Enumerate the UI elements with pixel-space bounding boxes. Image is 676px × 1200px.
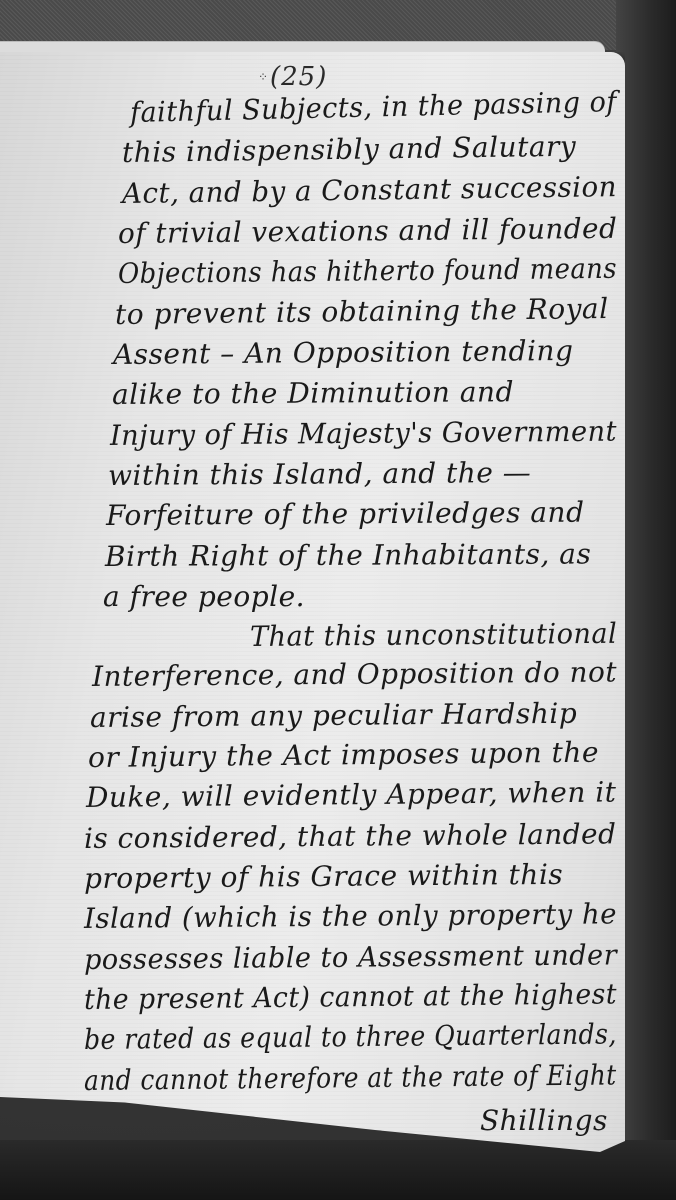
text-line: Forfeiture of the priviledges and: [106, 496, 585, 532]
table-surface-right: [616, 0, 676, 1200]
text-line: is considered, that the whole landed: [84, 817, 617, 855]
folio-mark-icon: ⁘: [258, 70, 268, 84]
text-line: possesses liable to Assessment under: [84, 938, 617, 976]
text-line: within this Island, and the —: [108, 456, 531, 492]
text-line: of trivial vexations and ill founded: [118, 212, 618, 250]
text-line: That this unconstitutional: [250, 617, 617, 653]
text-line: Act, and by a Constant succession: [122, 170, 617, 210]
text-line: Objections has hitherto found means: [118, 252, 617, 290]
text-line: a free people.: [103, 580, 305, 613]
text-line: the present Act) cannot at the highest: [84, 977, 617, 1016]
text-line: and cannot therefore at the rate of Eigh…: [84, 1058, 617, 1097]
page-number: (25): [270, 62, 327, 92]
text-line: Duke, will evidently Appear, when it: [86, 776, 617, 815]
text-line: Island (which is the only property he: [84, 898, 617, 936]
text-line: or Injury the Act imposes upon the: [88, 736, 599, 774]
text-line: arise from any peculiar Hardship: [90, 697, 577, 734]
text-line: Interference, and Opposition do not: [92, 656, 617, 694]
text-line: Injury of His Majesty's Government: [110, 414, 617, 451]
document-photo: ⁘ (25) faithful Subjects, in the passing…: [0, 0, 676, 1200]
catchword: Shillings: [480, 1104, 608, 1137]
text-line: Assent – An Opposition tending: [113, 334, 574, 371]
text-line: alike to the Diminution and: [112, 375, 514, 411]
text-line: to prevent its obtaining the Royal: [115, 292, 609, 331]
text-line: Birth Right of the Inhabitants, as: [105, 537, 591, 573]
text-line: be rated as equal to three Quarterlands,: [84, 1018, 617, 1057]
text-line: property of his Grace within this: [84, 858, 563, 895]
text-line: this indispensibly and Salutary: [122, 130, 577, 169]
